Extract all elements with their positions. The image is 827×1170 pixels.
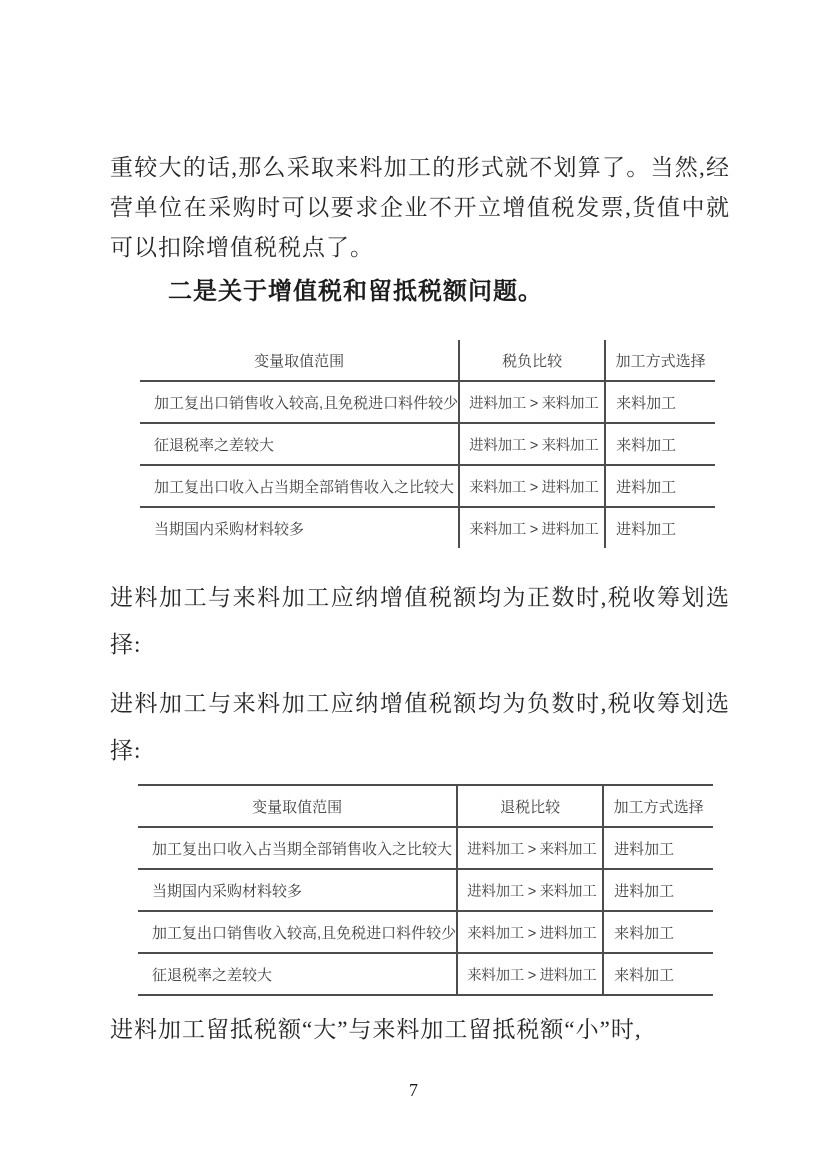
cell-variable-range: 加工复出口销售收入较高,且免税进口料件较少	[140, 381, 459, 423]
cell-variable-range: 当期国内采购材料较多	[138, 869, 457, 911]
vat-burden-comparison-table: 变量取值范围 税负比较 加工方式选择 加工复出口销售收入较高,且免税进口料件较少…	[140, 340, 715, 548]
header-tax-refund-comparison: 退税比较	[457, 785, 603, 827]
header-variable-range: 变量取值范围	[140, 340, 459, 381]
document-page: 重较大的话,那么采取来料加工的形式就不划算了。当然,经营单位在采购时可以要求企业…	[0, 0, 827, 1170]
table-row: 加工复出口销售收入较高,且免税进口料件较少 进料加工 > 来料加工 来料加工	[140, 381, 715, 423]
cell-comparison: 进料加工 > 来料加工	[459, 423, 605, 465]
table-row: 加工复出口收入占当期全部销售收入之比较大 来料加工 > 进料加工 进料加工	[140, 465, 715, 507]
cell-choice: 来料加工	[605, 423, 715, 465]
cell-comparison: 进料加工 > 来料加工	[459, 381, 605, 423]
paragraph-negative-vat: 进料加工与来料加工应纳增值税额均为负数时,税收筹划选择:	[110, 680, 730, 774]
paragraph-continuation: 重较大的话,那么采取来料加工的形式就不划算了。当然,经营单位在采购时可以要求企业…	[110, 0, 730, 268]
table-row: 加工复出口收入占当期全部销售收入之比较大 进料加工 > 来料加工 进料加工	[138, 827, 713, 869]
cell-choice: 进料加工	[603, 827, 713, 869]
cell-variable-range: 征退税率之差较大	[138, 953, 457, 995]
cell-comparison: 进料加工 > 来料加工	[457, 869, 603, 911]
tax-refund-comparison-table: 变量取值范围 退税比较 加工方式选择 加工复出口收入占当期全部销售收入之比较大 …	[138, 784, 713, 996]
cell-variable-range: 加工复出口销售收入较高,且免税进口料件较少	[138, 911, 457, 953]
cell-comparison: 来料加工 > 进料加工	[457, 953, 603, 995]
cell-choice: 来料加工	[603, 953, 713, 995]
cell-comparison: 来料加工 > 进料加工	[457, 911, 603, 953]
table-row: 征退税率之差较大 来料加工 > 进料加工 来料加工	[138, 953, 713, 995]
section-heading: 二是关于增值税和留抵税额问题。	[110, 274, 730, 310]
table-row: 加工复出口销售收入较高,且免税进口料件较少 来料加工 > 进料加工 来料加工	[138, 911, 713, 953]
cell-choice: 进料加工	[603, 869, 713, 911]
cell-variable-range: 加工复出口收入占当期全部销售收入之比较大	[140, 465, 459, 507]
cell-choice: 进料加工	[605, 507, 715, 548]
page-content: 重较大的话,那么采取来料加工的形式就不划算了。当然,经营单位在采购时可以要求企业…	[0, 0, 827, 1050]
paragraph-retained-credit: 进料加工留抵税额“大”与来料加工留抵税额“小”时,	[110, 1010, 730, 1050]
paragraph-positive-vat: 进料加工与来料加工应纳增值税额均为正数时,税收筹划选择:	[110, 574, 730, 668]
table-row: 当期国内采购材料较多 进料加工 > 来料加工 进料加工	[138, 869, 713, 911]
cell-variable-range: 加工复出口收入占当期全部销售收入之比较大	[138, 827, 457, 869]
header-processing-mode-choice: 加工方式选择	[605, 340, 715, 381]
cell-choice: 进料加工	[605, 465, 715, 507]
cell-comparison: 来料加工 > 进料加工	[459, 507, 605, 548]
table-header-row: 变量取值范围 退税比较 加工方式选择	[138, 785, 713, 827]
cell-choice: 来料加工	[603, 911, 713, 953]
header-processing-mode-choice: 加工方式选择	[603, 785, 713, 827]
cell-variable-range: 当期国内采购材料较多	[140, 507, 459, 548]
table-row: 征退税率之差较大 进料加工 > 来料加工 来料加工	[140, 423, 715, 465]
cell-comparison: 来料加工 > 进料加工	[459, 465, 605, 507]
table-header-row: 变量取值范围 税负比较 加工方式选择	[140, 340, 715, 381]
cell-variable-range: 征退税率之差较大	[140, 423, 459, 465]
header-variable-range: 变量取值范围	[138, 785, 457, 827]
header-tax-burden-comparison: 税负比较	[459, 340, 605, 381]
cell-comparison: 进料加工 > 来料加工	[457, 827, 603, 869]
page-number: 7	[0, 1080, 827, 1101]
cell-choice: 来料加工	[605, 381, 715, 423]
table-row: 当期国内采购材料较多 来料加工 > 进料加工 进料加工	[140, 507, 715, 548]
